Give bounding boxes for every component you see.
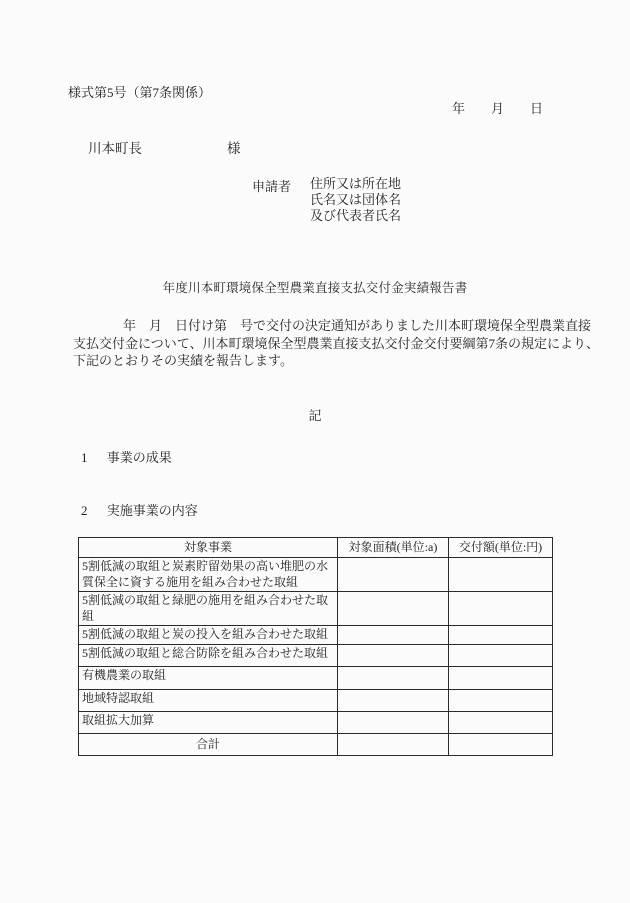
section-heading-results: 1 事業の成果 <box>81 447 172 466</box>
amount-cell <box>449 667 553 690</box>
table-row: 5割低減の取組と炭素貯留効果の高い堆肥の水質保全に資する施用を組み合わせた取組 <box>79 558 553 592</box>
table-header-row: 対象事業 対象面積(単位:a) 交付額(単位:円) <box>79 538 553 558</box>
section-number: 1 <box>81 450 88 466</box>
table-row: 地域特認取組 <box>79 690 553 712</box>
body-line-2: 支払交付金について、川本町環境保全型農業直接支払交付金交付要綱第7条の規定により… <box>73 335 559 353</box>
body-paragraph: 年 月 日付け第 号で交付の決定通知がありました川本町環境保全型農業直接 支払交… <box>73 317 559 370</box>
note-mark: 記 <box>0 405 630 424</box>
amount-cell <box>449 645 553 667</box>
project-label-cell: 5割低減の取組と総合防除を組み合わせた取組 <box>79 645 338 667</box>
section-label: 事業の成果 <box>107 447 172 466</box>
amount-cell <box>449 592 553 626</box>
body-line-3: 下記のとおりその実績を報告します。 <box>73 352 559 370</box>
project-table: 対象事業 対象面積(単位:a) 交付額(単位:円) 5割低減の取組と炭素貯留効果… <box>78 537 553 756</box>
table-row: 取組拡大加算 <box>79 712 553 734</box>
document-title: 年度川本町環境保全型農業直接支払交付金実績報告書 <box>0 278 630 296</box>
date-month-label: 月 <box>491 98 504 117</box>
section-label: 実施事業の内容 <box>107 500 198 519</box>
applicant-representative-label: 及び代表者氏名 <box>310 208 401 224</box>
amount-cell <box>449 626 553 645</box>
table-row: 5割低減の取組と総合防除を組み合わせた取組 <box>79 645 553 667</box>
table-row: 5割低減の取組と炭の投入を組み合わせた取組 <box>79 626 553 645</box>
total-area-cell <box>338 734 449 756</box>
area-cell <box>338 712 449 734</box>
header-grant-amount: 交付額(単位:円) <box>449 538 553 558</box>
date-year-label: 年 <box>452 98 465 117</box>
section-number: 2 <box>81 503 88 519</box>
header-target-project: 対象事業 <box>79 538 338 558</box>
project-label-cell: 地域特認取組 <box>79 690 338 712</box>
total-label-cell: 合計 <box>79 734 338 756</box>
addressee-honorific: 様 <box>227 137 241 157</box>
project-label-cell: 5割低減の取組と炭素貯留効果の高い堆肥の水質保全に資する施用を組み合わせた取組 <box>79 558 338 592</box>
area-cell <box>338 667 449 690</box>
area-cell <box>338 645 449 667</box>
applicant-name-label: 氏名又は団体名 <box>310 192 401 208</box>
addressee-name: 川本町長 <box>88 137 142 157</box>
amount-cell <box>449 712 553 734</box>
applicant-info-lines: 住所又は所在地 氏名又は団体名 及び代表者氏名 <box>310 176 401 225</box>
project-label-cell: 取組拡大加算 <box>79 712 338 734</box>
applicant-address-label: 住所又は所在地 <box>310 176 401 192</box>
date-day-label: 日 <box>530 98 543 117</box>
amount-cell <box>449 558 553 592</box>
section-heading-contents: 2 実施事業の内容 <box>81 500 198 519</box>
table-total-row: 合計 <box>79 734 553 756</box>
document-page: 様式第5号（第7条関係） 年 月 日 川本町長 様 申請者 住所又は所在地 氏名… <box>0 0 630 903</box>
area-cell <box>338 626 449 645</box>
project-table-wrapper: 対象事業 対象面積(単位:a) 交付額(単位:円) 5割低減の取組と炭素貯留効果… <box>78 537 553 756</box>
table-row: 5割低減の取組と緑肥の施用を組み合わせた取組 <box>79 592 553 626</box>
header-target-area: 対象面積(単位:a) <box>338 538 449 558</box>
area-cell <box>338 558 449 592</box>
project-label-cell: 有機農業の取組 <box>79 667 338 690</box>
area-cell <box>338 592 449 626</box>
project-label-cell: 5割低減の取組と炭の投入を組み合わせた取組 <box>79 626 338 645</box>
body-line-1: 年 月 日付け第 号で交付の決定通知がありました川本町環境保全型農業直接 <box>73 317 559 335</box>
area-cell <box>338 690 449 712</box>
form-number: 様式第5号（第7条関係） <box>68 82 211 101</box>
total-amount-cell <box>449 734 553 756</box>
date-line: 年 月 日 <box>452 98 543 117</box>
table-row: 有機農業の取組 <box>79 667 553 690</box>
project-label-cell: 5割低減の取組と緑肥の施用を組み合わせた取組 <box>79 592 338 626</box>
amount-cell <box>449 690 553 712</box>
applicant-label: 申請者 <box>252 176 291 195</box>
